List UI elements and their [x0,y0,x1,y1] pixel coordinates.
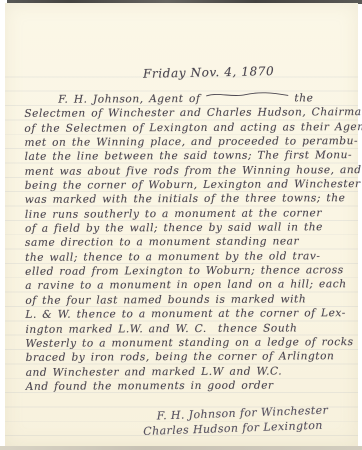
handwritten-line: braced by iron rods, being the corner of… [26,349,345,365]
closing-line: And found the monuments in good order [26,378,345,394]
handwritten-line: Selectmen of Winchester and Charles Huds… [24,106,343,122]
handwritten-line: late the line between the said towns; Th… [25,149,344,165]
letter-body: F. H. Johnson, Agent of the Selectmen of… [24,91,345,394]
handwritten-line: was marked with the initials of the thre… [25,192,344,208]
handwritten-line: a ravine to a monument in open land on a… [25,278,344,294]
blank-fill-squiggle [205,88,289,103]
salutation-text-after: the [294,91,313,105]
scanned-letter-page: Friday Nov. 4, 1870 F. H. Johnson, Agent… [0,0,362,450]
letter-paper: Friday Nov. 4, 1870 F. H. Johnson, Agent… [5,3,358,446]
handwritten-line: ington marked L.W. and W. C. thence Sout… [25,321,344,337]
handwritten-line: same direction to a monument standing ne… [25,235,344,251]
scan-edge-artifact-bottom [0,446,362,450]
salutation-line: F. H. Johnson, Agent of the [58,91,343,107]
handwritten-line: L. & W. thence to a monument at the corn… [25,306,344,322]
date-line: Friday Nov. 4, 1870 [143,63,313,81]
signature-block: F. H. Johnson for WinchesterCharles Huds… [157,403,358,439]
body-lines: Selectmen of Winchester and Charles Huds… [24,106,344,380]
salutation-text: F. H. Johnson, Agent of [58,92,200,107]
